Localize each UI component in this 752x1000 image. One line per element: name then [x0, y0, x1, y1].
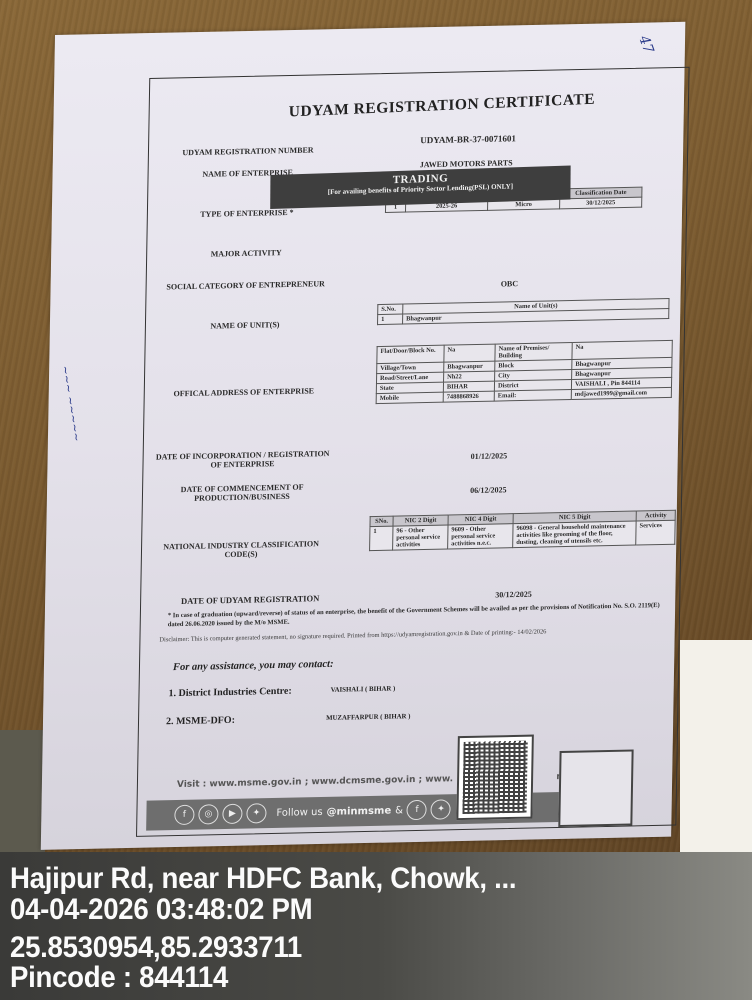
handwritten-margin-note: ~~~ ~~~~~ [58, 364, 99, 543]
nic-table: SNo. NIC 2 Digit NIC 4 Digit NIC 5 Digit… [369, 510, 676, 551]
geotag-pincode: Pincode : 844114 [10, 963, 228, 993]
incorporation-label: DATE OF INCORPORATION / REGISTRATION OF … [152, 449, 332, 471]
youtube-icon[interactable]: ▶ [222, 804, 242, 824]
registration-number: UDYAM-BR-37-0071601 [420, 133, 516, 145]
facebook-icon[interactable]: f [174, 805, 194, 825]
instagram-icon[interactable]: ◎ [198, 804, 218, 824]
address-table: Flat/Door/Block No. Na Name of Premises/… [376, 340, 673, 404]
geotag-address: Hajipur Rd, near HDFC Bank, Chowk, ... [10, 864, 516, 894]
udyam-date: 30/12/2025 [495, 590, 532, 600]
nic-label: NATIONAL INDUSTRY CLASSIFICATION CODE(S) [151, 539, 331, 561]
social-category-value: OBC [501, 279, 519, 288]
commencement-label: DATE OF COMMENCEMENT OF PRODUCTION/BUSIN… [152, 482, 332, 504]
qr-code [456, 735, 534, 821]
qr-pattern [462, 741, 527, 814]
twitter-icon[interactable]: ✦ [431, 799, 451, 819]
geotag-coordinates: 25.8530954,85.2933711 [10, 933, 302, 963]
geotag-datetime: 04-04-2026 03:48:02 PM [10, 895, 312, 925]
facebook-icon[interactable]: f [407, 800, 427, 820]
incorporation-date: 01/12/2025 [471, 451, 508, 461]
twitter-icon[interactable]: ✦ [246, 803, 266, 823]
certificate-paper: 47 ~~~ ~~~~~ UDYAM REGISTRATION CERTIFIC… [41, 22, 686, 850]
contact-dic-value: VAISHALI ( BIHAR ) [331, 685, 396, 693]
follow-handle[interactable]: @minmsme [326, 805, 391, 817]
photo-placeholder-box [558, 749, 633, 827]
geotag-overlay: Hajipur Rd, near HDFC Bank, Chowk, ... 0… [0, 852, 752, 1000]
background-shadow [0, 730, 45, 860]
commencement-date: 06/12/2025 [470, 485, 507, 495]
contact-dfo-label: 2. MSME-DFO: [166, 715, 235, 727]
follow-text: Follow us [276, 806, 322, 818]
background-cloth [680, 640, 752, 860]
handwritten-page-mark: 47 [635, 33, 656, 55]
